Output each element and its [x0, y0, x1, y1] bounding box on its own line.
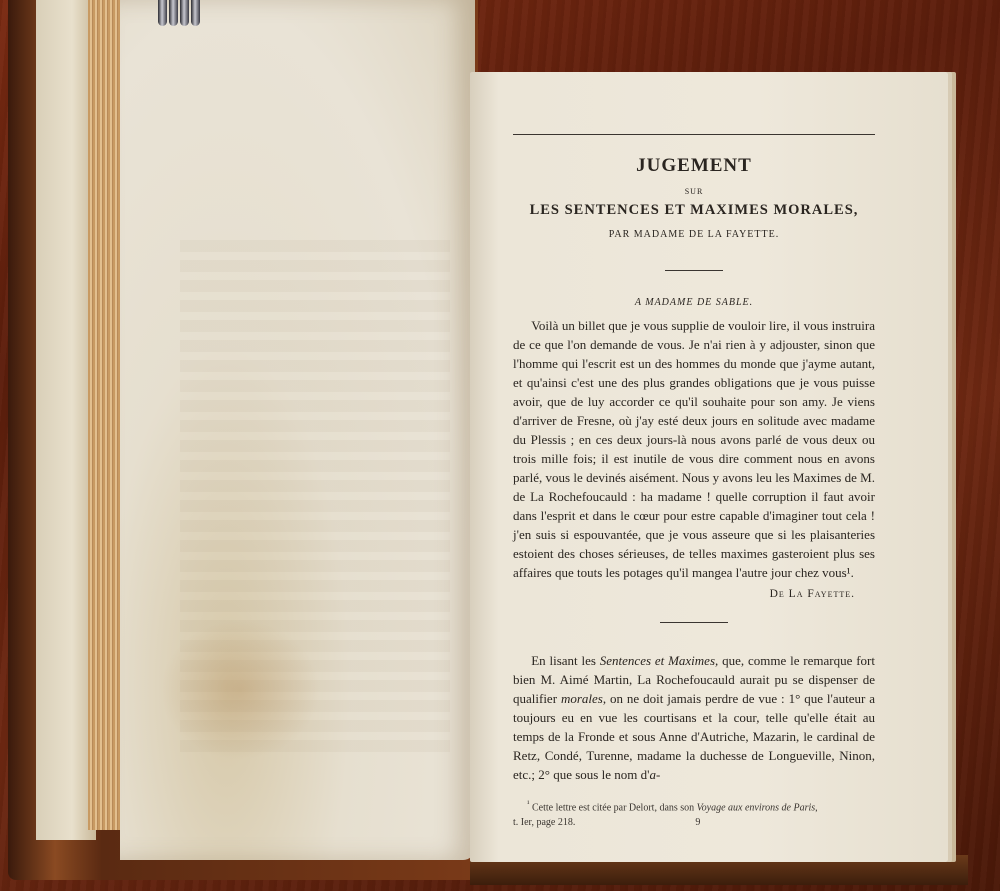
- footnote-text: Cette lettre est citée par Delort, dans …: [530, 802, 697, 813]
- essay-paragraph: En lisant les Sentences et Maximes, que,…: [513, 651, 875, 784]
- endpaper: [36, 0, 96, 840]
- foxing-stain: [160, 620, 320, 760]
- page-title: JUGEMENT: [513, 155, 875, 177]
- left-page-blank: [120, 0, 475, 860]
- essay-italic: a-: [649, 767, 660, 782]
- right-page: JUGEMENT SUR LES SENTENCES ET MAXIMES MO…: [470, 72, 948, 862]
- footnote-ref: t. Ier, page 218.: [513, 817, 575, 828]
- page-content: JUGEMENT SUR LES SENTENCES ET MAXIMES MO…: [513, 134, 875, 830]
- header-rule: [513, 134, 875, 135]
- letter-body: Voilà un billet que je vous supplie de v…: [513, 316, 875, 582]
- footnote: ¹ Cette lettre est citée par Delort, dan…: [513, 796, 875, 830]
- section-rule: [665, 270, 723, 271]
- title-connector: SUR: [513, 187, 875, 196]
- footnote-line-2: t. Ier, page 218.9: [513, 815, 875, 830]
- section-rule-2: [660, 622, 728, 623]
- letter-signature: De La Fayette.: [513, 588, 855, 600]
- letter-addressee: A MADAME DE SABLE.: [513, 297, 875, 308]
- essay-text: En lisant les: [531, 653, 600, 668]
- essay-italic: morales: [561, 691, 603, 706]
- page-number: 9: [695, 815, 700, 830]
- essay-italic: Sentences et Maximes,: [600, 653, 719, 668]
- metal-clip-icon: [158, 0, 208, 30]
- footnote-line-1: ¹ Cette lettre est citée par Delort, dan…: [513, 796, 875, 815]
- essay-body: En lisant les Sentences et Maximes, que,…: [513, 651, 875, 784]
- page-subtitle: LES SENTENCES ET MAXIMES MORALES,: [513, 202, 875, 219]
- byline: PAR MADAME DE LA FAYETTE.: [513, 229, 875, 240]
- footnote-tail: ,: [815, 802, 818, 813]
- letter-paragraph: Voilà un billet que je vous supplie de v…: [513, 316, 875, 582]
- footnote-italic: Voyage aux environs de Paris: [697, 802, 816, 813]
